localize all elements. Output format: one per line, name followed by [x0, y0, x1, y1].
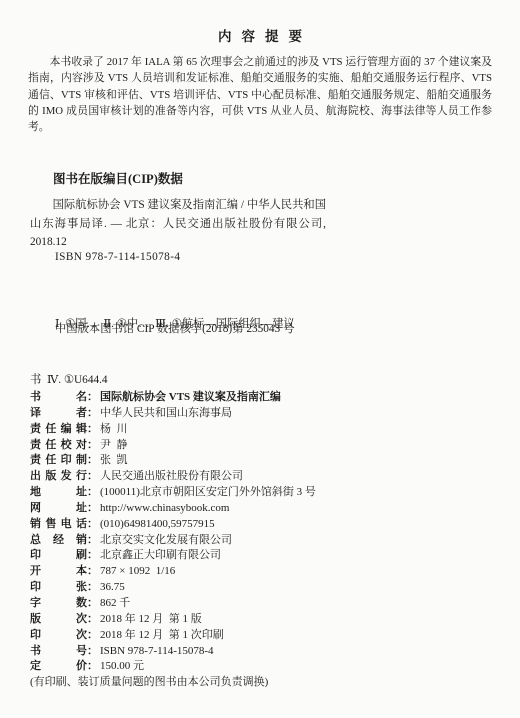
colophon-separator: ：: [87, 533, 98, 549]
colophon-list: 书名 ： 国际航标协会 VTS 建议案及指南汇编 译者 ： 中华人民共和国山东海…: [30, 390, 498, 691]
colophon-label: 出版发行: [30, 469, 87, 485]
content-summary-text: 本书收录了 2017 年 IALA 第 65 次理事会之前通过的涉及 VTS 运…: [28, 54, 492, 135]
colophon-row: 书号 ： ISBN 978-7-114-15078-4: [30, 644, 498, 660]
colophon-separator: ：: [87, 453, 98, 469]
colophon-label: 印张: [30, 580, 87, 596]
colophon-value: 中华人民共和国山东海事局: [100, 406, 232, 422]
colophon-row: 网址 ： http://www.chinasybook.com: [30, 501, 498, 517]
colophon-label: 字数: [30, 596, 87, 612]
colophon-label: 译者: [30, 406, 87, 422]
colophon-value: (100011)北京市朝阳区安定门外外馆斜街 3 号: [100, 485, 316, 501]
colophon-separator: ：: [87, 501, 98, 517]
colophon-separator: ：: [87, 438, 98, 454]
colophon-value: ISBN 978-7-114-15078-4: [100, 644, 214, 660]
colophon-separator: ：: [87, 644, 98, 660]
colophon-separator: ：: [87, 612, 98, 628]
colophon-row: 字数 ： 862 千: [30, 596, 498, 612]
colophon-label: 责任编辑: [30, 422, 87, 438]
colophon-value: 北京鑫正大印刷有限公司: [100, 548, 221, 564]
colophon-label: 地址: [30, 485, 87, 501]
colophon-value: 150.00 元: [100, 659, 144, 675]
colophon-separator: ：: [87, 422, 98, 438]
colophon-value: 人民交通出版社股份有限公司: [100, 469, 243, 485]
cip-heading: 图书在版编目(CIP)数据: [53, 169, 183, 187]
colophon-row: 译者 ： 中华人民共和国山东海事局: [30, 406, 498, 422]
copyright-page: 内容提要 本书收录了 2017 年 IALA 第 65 次理事会之前通过的涉及 …: [0, 0, 520, 718]
colophon-value: 北京交实文化发展有限公司: [100, 533, 232, 549]
colophon-value: 787 × 1092 1/16: [100, 564, 175, 580]
colophon-value: 2018 年 12 月 第 1 次印刷: [100, 628, 224, 644]
colophon-value: 张 凯: [100, 453, 128, 469]
colophon-label: 印刷: [30, 548, 87, 564]
colophon-value: http://www.chinasybook.com: [100, 501, 229, 517]
colophon-label: 总经销: [30, 533, 87, 549]
colophon-label: 销售电话: [30, 517, 87, 533]
colophon-label: 责任校对: [30, 438, 87, 454]
colophon-value: 862 千: [100, 596, 130, 612]
cip-isbn: ISBN 978-7-114-15078-4: [55, 251, 180, 263]
colophon-separator: ：: [87, 596, 98, 612]
colophon-label: 版次: [30, 612, 87, 628]
colophon-separator: ：: [87, 580, 98, 596]
cip-record: 国际航标协会 VTS 建议案及指南汇编 / 中华人民共和国山东海事局译. — 北…: [30, 196, 326, 252]
colophon-row: 开本 ： 787 × 1092 1/16: [30, 564, 498, 580]
colophon-label: 网址: [30, 501, 87, 517]
colophon-row: 定价 ： 150.00 元: [30, 659, 498, 675]
colophon-separator: ：: [87, 628, 98, 644]
colophon-label: 定价: [30, 659, 87, 675]
colophon-value: 尹 静: [100, 438, 128, 454]
colophon-label: 责任印制: [30, 453, 87, 469]
colophon-separator: ：: [87, 406, 98, 422]
colophon-label: 印次: [30, 628, 87, 644]
colophon-row: 印次 ： 2018 年 12 月 第 1 次印刷: [30, 628, 498, 644]
cip-record-number: 中国版本图书馆 CIP 数据核字(2018)第 235043 号: [55, 320, 294, 336]
colophon-value: (010)64981400,59757915: [100, 517, 215, 533]
colophon-row: 出版发行 ： 人民交通出版社股份有限公司: [30, 469, 498, 485]
colophon-separator: ：: [87, 517, 98, 533]
colophon-separator: ：: [87, 390, 98, 406]
colophon-value: 36.75: [100, 580, 125, 596]
colophon-row: 地址 ： (100011)北京市朝阳区安定门外外馆斜街 3 号: [30, 485, 498, 501]
cip-classification-line2: 书 Ⅳ. ①U644.4: [30, 371, 330, 390]
quality-note: (有印刷、装订质量问题的图书由本公司负责调换): [30, 675, 498, 691]
colophon-label: 书号: [30, 644, 87, 660]
colophon-row: 责任印制 ： 张 凯: [30, 453, 498, 469]
colophon-row: 责任校对 ： 尹 静: [30, 438, 498, 454]
colophon-row: 销售电话 ： (010)64981400,59757915: [30, 517, 498, 533]
colophon-label: 书名: [30, 390, 87, 406]
colophon-value: 国际航标协会 VTS 建议案及指南汇编: [100, 390, 281, 406]
colophon-separator: ：: [87, 485, 98, 501]
colophon-row: 印刷 ： 北京鑫正大印刷有限公司: [30, 548, 498, 564]
colophon-separator: ：: [87, 659, 98, 675]
colophon-separator: ：: [87, 469, 98, 485]
colophon-row: 总经销 ： 北京交实文化发展有限公司: [30, 533, 498, 549]
colophon-separator: ：: [87, 548, 98, 564]
colophon-label: 开本: [30, 564, 87, 580]
colophon-row: 印张 ： 36.75: [30, 580, 498, 596]
colophon-row: 版次 ： 2018 年 12 月 第 1 版: [30, 612, 498, 628]
colophon-row: 责任编辑 ： 杨 川: [30, 422, 498, 438]
colophon-value: 2018 年 12 月 第 1 版: [100, 612, 202, 628]
colophon-separator: ：: [87, 564, 98, 580]
colophon-value: 杨 川: [100, 422, 128, 438]
colophon-row: 书名 ： 国际航标协会 VTS 建议案及指南汇编: [30, 390, 498, 406]
colophon-rows: 书名 ： 国际航标协会 VTS 建议案及指南汇编 译者 ： 中华人民共和国山东海…: [30, 390, 498, 675]
content-summary-title: 内容提要: [0, 25, 520, 45]
